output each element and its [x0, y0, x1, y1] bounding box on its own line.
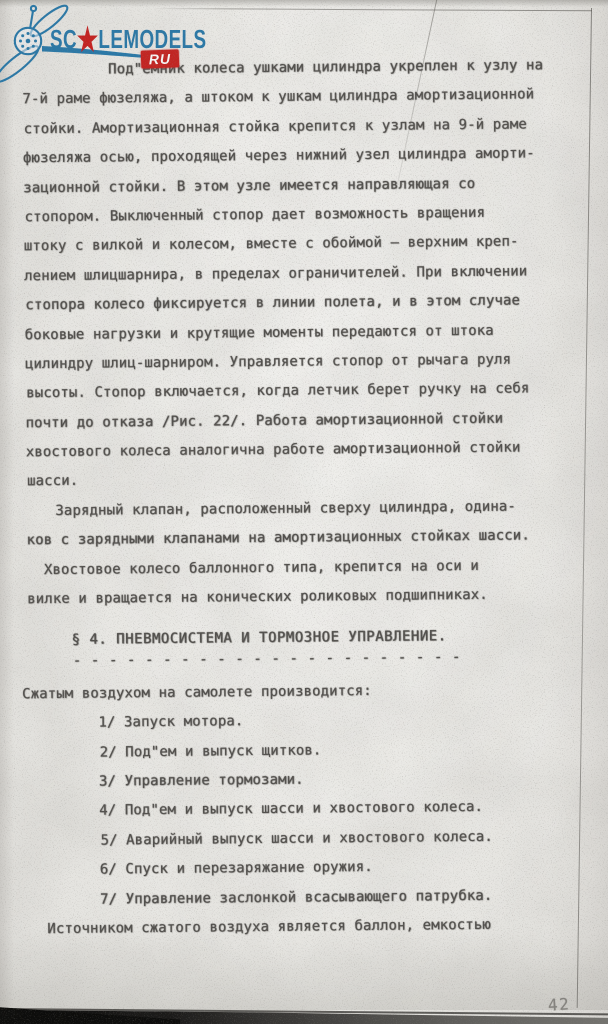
page-number: 42 — [547, 994, 571, 1015]
text-line: Хвостовое колесо баллонного типа, крепит… — [28, 550, 594, 585]
text-line: 5/ Аварийный выпуск шасси и хвостового к… — [30, 822, 596, 857]
brand-suffix: LEMODELS — [98, 24, 206, 53]
text-line: вилке и вращается на конических роликовы… — [27, 580, 593, 615]
text-line: стопором. Выключенный стопор дает возмож… — [24, 198, 590, 233]
star-icon: ★ — [75, 23, 100, 57]
brand-wordmark: SC★LEMODELS — [50, 22, 206, 57]
text-line: фюзеляжа осью, проходящей через нижний у… — [23, 139, 589, 174]
text-line: стопора колесо фиксируется в линии полет… — [25, 286, 591, 321]
scalemodels-watermark: SC★LEMODELS RU — [0, 0, 210, 110]
text-line: шасси. — [27, 462, 593, 497]
text-line: Источником сжатого воздуха является балл… — [31, 910, 597, 945]
scanned-document-page: SC★LEMODELS RU Под"емник колеса ушками ц… — [0, 0, 608, 1024]
text-line: высоты. Стопор включается, когда летчик … — [26, 374, 592, 409]
brand-domain-badge: RU — [141, 49, 180, 68]
typewritten-text-block: Под"емник колеса ушками цилиндра укрепле… — [22, 51, 597, 945]
brand-prefix: SC — [50, 24, 77, 53]
text-line: стойки. Амортизационная стойка крепится … — [24, 110, 590, 145]
page-border-top-line — [152, 8, 592, 12]
text-line: 2/ Под"ем и выпуск щитков. — [30, 733, 596, 768]
